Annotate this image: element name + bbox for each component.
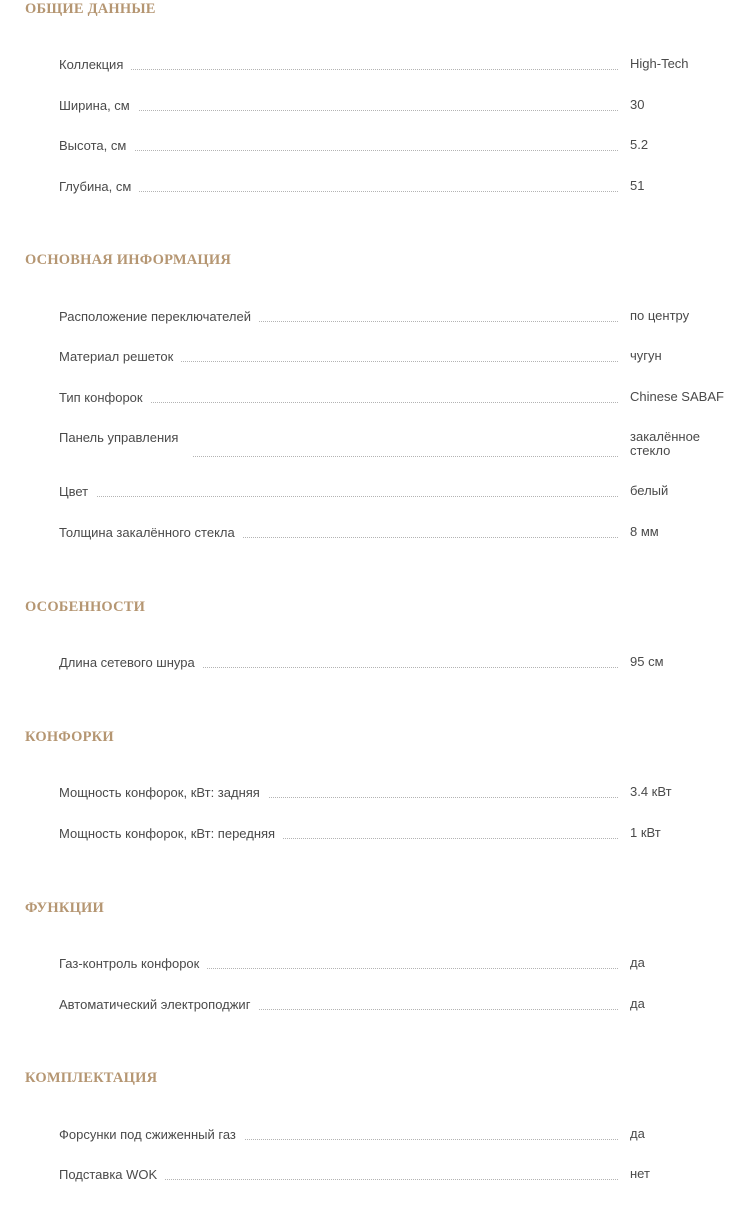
- spec-row: Глубина, см 51: [59, 179, 737, 199]
- dotted-leader: [59, 110, 618, 111]
- spec-label: Коллекция: [59, 57, 131, 73]
- spec-label: Толщина закалённого стекла: [59, 525, 243, 541]
- spec-row: Высота, см 5.2: [59, 138, 737, 158]
- spec-value: да: [630, 997, 737, 1011]
- dotted-leader: [59, 69, 618, 70]
- dotted-leader: [193, 456, 618, 457]
- spec-value: 30: [630, 98, 737, 112]
- spec-value: High-Tech: [630, 57, 737, 71]
- section-title: ОСНОВНАЯ ИНФОРМАЦИЯ: [25, 252, 231, 269]
- spec-row: Форсунки под сжиженный газ да: [59, 1127, 737, 1147]
- spec-label: Газ-контроль конфорок: [59, 956, 207, 972]
- spec-row: Мощность конфорок, кВт: задняя 3.4 кВт: [59, 785, 737, 805]
- spec-label: Панель управления: [59, 430, 186, 446]
- spec-label: Подставка WOK: [59, 1167, 165, 1183]
- spec-value: по центру: [630, 309, 737, 323]
- spec-label: Ширина, см: [59, 98, 138, 114]
- spec-row: Расположение переключателей по центру: [59, 309, 737, 329]
- spec-row: Автоматический электроподжиг да: [59, 997, 737, 1017]
- dotted-leader: [59, 496, 618, 497]
- spec-value: да: [630, 1127, 737, 1141]
- spec-label: Мощность конфорок, кВт: задняя: [59, 785, 268, 801]
- spec-row: Цвет белый: [59, 484, 737, 504]
- spec-row: Тип конфорок Chinese SABAF: [59, 390, 737, 410]
- spec-label: Длина сетевого шнура: [59, 655, 203, 671]
- spec-label: Тип конфорок: [59, 390, 151, 406]
- spec-label: Высота, см: [59, 138, 134, 154]
- spec-value: да: [630, 956, 737, 970]
- spec-value: 5.2: [630, 138, 737, 152]
- spec-label: Мощность конфорок, кВт: передняя: [59, 826, 283, 842]
- spec-row: Подставка WOK нет: [59, 1167, 737, 1187]
- spec-value: Chinese SABAF: [630, 390, 737, 404]
- section-title: КОНФОРКИ: [25, 729, 114, 746]
- spec-value: 95 см: [630, 655, 737, 669]
- spec-value: 1 кВт: [630, 826, 737, 840]
- spec-row: Коллекция High-Tech: [59, 57, 737, 77]
- spec-row: Толщина закалённого стекла 8 мм: [59, 525, 737, 545]
- spec-value: 3.4 кВт: [630, 785, 737, 799]
- spec-label: Форсунки под сжиженный газ: [59, 1127, 244, 1143]
- spec-row: Газ-контроль конфорок да: [59, 956, 737, 976]
- spec-row: Мощность конфорок, кВт: передняя 1 кВт: [59, 826, 737, 846]
- spec-label: Автоматический электроподжиг: [59, 997, 258, 1013]
- section-title: ФУНКЦИИ: [25, 900, 104, 917]
- spec-row: Панель управления закалённое стекло: [59, 430, 737, 464]
- spec-value: чугун: [630, 349, 737, 363]
- section-title: ОСОБЕННОСТИ: [25, 599, 145, 616]
- spec-label: Расположение переключателей: [59, 309, 259, 325]
- spec-value: нет: [630, 1167, 737, 1181]
- spec-value: белый: [630, 484, 737, 498]
- spec-value: закалённое стекло: [630, 430, 720, 458]
- spec-value: 51: [630, 179, 737, 193]
- dotted-leader: [59, 150, 618, 151]
- spec-row: Ширина, см 30: [59, 98, 737, 118]
- dotted-leader: [59, 191, 618, 192]
- spec-value: 8 мм: [630, 525, 737, 539]
- section-title: КОМПЛЕКТАЦИЯ: [25, 1070, 157, 1087]
- spec-row: Длина сетевого шнура 95 см: [59, 655, 737, 675]
- spec-label: Глубина, см: [59, 179, 139, 195]
- section-title: ОБЩИЕ ДАННЫЕ: [25, 1, 156, 18]
- spec-label: Материал решеток: [59, 349, 181, 365]
- spec-row: Материал решеток чугун: [59, 349, 737, 369]
- spec-label: Цвет: [59, 484, 96, 500]
